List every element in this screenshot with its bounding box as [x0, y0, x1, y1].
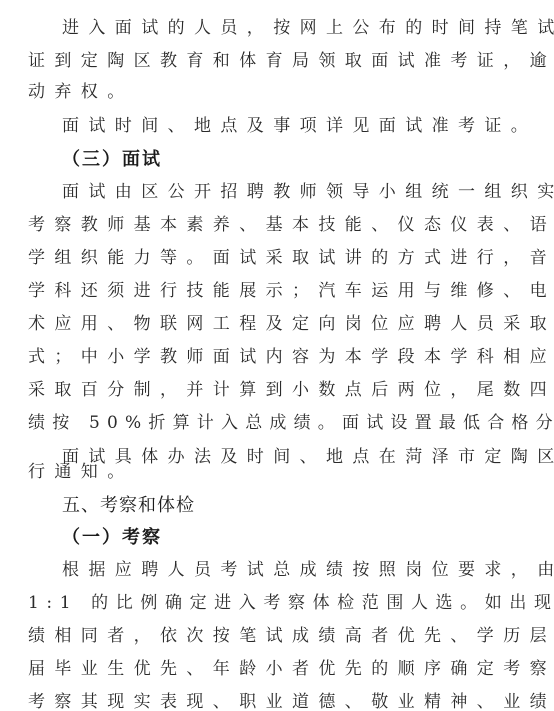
- paragraph-line: 行通知。: [28, 456, 508, 489]
- paragraph-line: 绩按 50%折算计入总成绩。面试设置最低合格分数线 60 分。: [28, 407, 508, 440]
- section-heading-interview: （三）面试: [62, 143, 542, 176]
- paragraph-line: 采取百分制，并计算到小数点后两位，尾数四舍五入，面试成: [28, 374, 508, 407]
- paragraph-line: 式；中小学教师面试内容为本学段本学科相应教材。面试成绩: [28, 341, 508, 374]
- paragraph-line: 术应用、物联网工程及定向岗位应聘人员采取结构化面试方: [28, 308, 508, 341]
- paragraph-line: 学科还须进行技能展示；汽车运用与维修、电子商务、机电技: [28, 275, 508, 308]
- paragraph-line: 进入面试的人员，按网上公布的时间持笔试准考证、身份: [62, 12, 542, 45]
- paragraph-line: 证到定陶区教育和体育局领取面试准考证，逾期不到者视为自: [28, 45, 508, 78]
- paragraph-line: 面试时间、地点及事项详见面试准考证。: [62, 110, 542, 143]
- section-heading-inspection: 五、考察和体检: [62, 489, 542, 522]
- paragraph-line: 根据应聘人员考试总成绩按照岗位要求，由高分到低分按: [62, 554, 542, 587]
- paragraph-line: 考察其现实表现、职业道德、敬业精神、业绩能力和工作实绩: [28, 686, 508, 711]
- document-page: 进入面试的人员，按网上公布的时间持笔试准考证、身份 证到定陶区教育和体育局领取面…: [0, 0, 554, 711]
- subsection-heading-inspection: （一）考察: [62, 521, 542, 554]
- paragraph-line: 届毕业生优先、年龄小者优先的顺序确定考察体检人选。主要: [28, 653, 508, 686]
- paragraph-line: 1:1 的比例确定进入考察体检范围人选。如出现 2 名及以上总成: [28, 587, 508, 620]
- paragraph-line: 考察教师基本素养、基本技能、仪态仪表、语言表达能力、教: [28, 209, 508, 242]
- paragraph-line: 绩相同者，依次按笔试成绩高者优先、学历层次高者优先、应: [28, 620, 508, 653]
- paragraph-line: 学组织能力等。面试采取试讲的方式进行，音乐、体育、美术: [28, 242, 508, 275]
- paragraph-line: 面试由区公开招聘教师领导小组统一组织实施。面试重点: [62, 176, 542, 209]
- paragraph-line: 动弃权。: [28, 76, 508, 109]
